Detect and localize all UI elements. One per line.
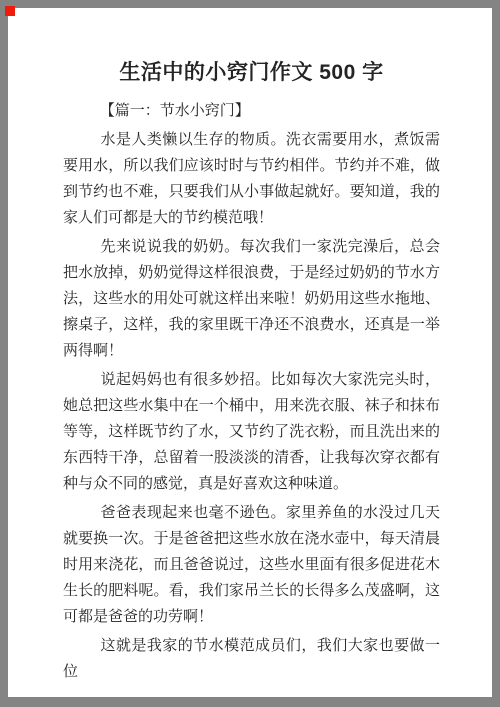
paragraph: 水是人类懒以生存的物质。洗衣需要用水，煮饭需要用水，所以我们应该时时与节约相伴。… xyxy=(63,127,440,231)
red-corner-marker-icon xyxy=(5,6,15,16)
essay-body: 水是人类懒以生存的物质。洗衣需要用水，煮饭需要用水，所以我们应该时时与节约相伴。… xyxy=(63,127,440,685)
section-heading: 【篇一：节水小窍门】 xyxy=(63,98,440,124)
paragraph: 说起妈妈也有很多妙招。比如每次大家洗完头时，她总把这些水集中在一个桶中，用来洗衣… xyxy=(63,367,440,497)
paragraph: 爸爸表现起来也毫不逊色。家里养鱼的水没过几天就要换一次。于是爸爸把这些水放在浇水… xyxy=(63,500,440,630)
paragraph: 这就是我家的节水模范成员们，我们大家也要做一位 xyxy=(63,633,440,685)
paragraph: 先来说说我的奶奶。每次我们一家洗完澡后，总会把水放掉，奶奶觉得这样很浪费，于是经… xyxy=(63,234,440,364)
document-title: 生活中的小窍门作文 500 字 xyxy=(63,58,440,88)
document-content: 生活中的小窍门作文 500 字 【篇一：节水小窍门】 水是人类懒以生存的物质。洗… xyxy=(8,8,492,685)
document-page: 生活中的小窍门作文 500 字 【篇一：节水小窍门】 水是人类懒以生存的物质。洗… xyxy=(8,8,492,697)
page-background: { "page": { "frame_color": "#848484", "p… xyxy=(0,0,500,707)
